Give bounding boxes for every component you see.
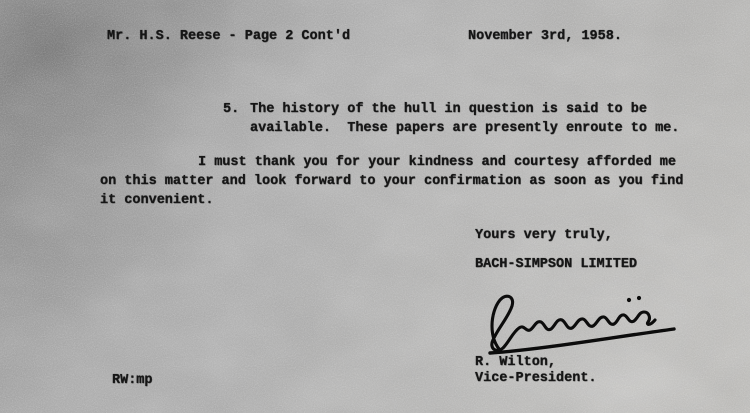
closing-paragraph-line-1: I must thank you for your kindness and c… [198, 153, 676, 172]
typist-initials: RW:mp [112, 371, 153, 390]
list-item-line-1: The history of the hull in question is s… [250, 100, 647, 119]
signer-title: Vice-President. [475, 369, 597, 388]
letter-date: November 3rd, 1958. [468, 27, 622, 46]
page-header-reference: Mr. H.S. Reese - Page 2 Cont'd [107, 27, 350, 46]
closing-paragraph-line-2: on this matter and look forward to your … [100, 172, 683, 191]
list-item-number: 5. [223, 100, 239, 119]
list-item-line-2: available. These papers are presently en… [250, 119, 679, 138]
company-name: BACH-SIMPSON LIMITED [475, 255, 637, 274]
handwritten-signature [478, 288, 683, 360]
closing-paragraph-line-3: it convenient. [100, 191, 213, 210]
scanned-letter-page: Mr. H.S. Reese - Page 2 Cont'd November … [0, 0, 750, 413]
valediction: Yours very truly, [475, 226, 613, 245]
